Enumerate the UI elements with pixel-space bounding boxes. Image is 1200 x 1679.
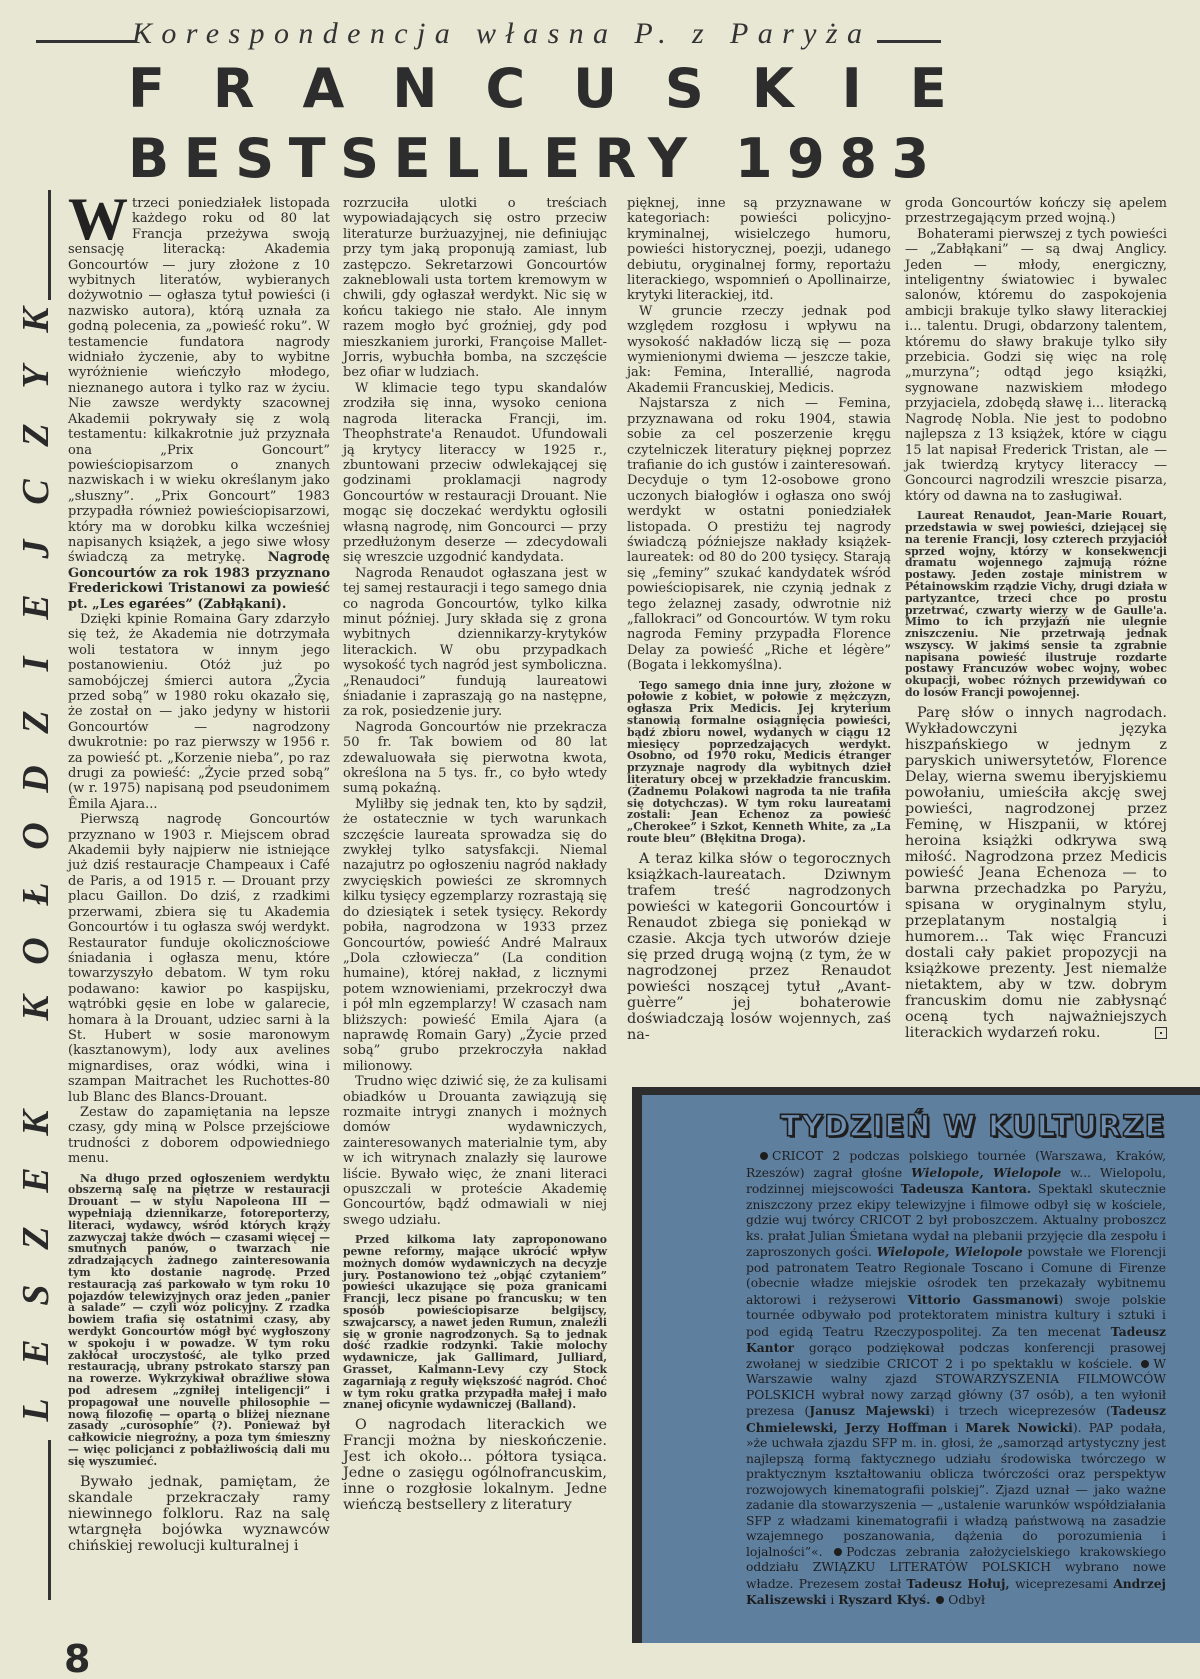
article-paragraph: Bohaterami pierwszej z tych powieści — „…	[905, 227, 1167, 504]
byline-letter: E	[16, 1160, 56, 1200]
drop-cap: W	[68, 196, 128, 242]
article-paragraph: Dzięki kpinie Romaina Gary zdarzyło się …	[68, 612, 330, 812]
article-paragraph: Pierwszą nagrodę Goncourtów przyznano w …	[68, 812, 330, 1105]
title-emphasis: Wielopole, Wielopole	[877, 1244, 1023, 1259]
byline-letter: S	[16, 1275, 56, 1315]
byline-letter: K	[16, 1103, 56, 1143]
byline-letter: C	[16, 472, 56, 512]
title-emphasis: Wielopole, Wielopole	[911, 1165, 1061, 1180]
byline-letter: I	[16, 644, 56, 684]
byline-letter: K	[16, 988, 56, 1028]
page-number: 8	[64, 1640, 90, 1678]
culture-week-title: TYDZIEŃ W KULTURZE	[746, 1109, 1166, 1143]
article-paragraph: Bywało jednak, pamiętam, że skandale prz…	[68, 1474, 330, 1554]
article-paragraph: Nagroda Renaudot ogłaszana jest w tej sa…	[343, 566, 607, 720]
byline-letter: O	[16, 931, 56, 971]
byline-letter: L	[16, 1390, 56, 1430]
byline-letter	[16, 1046, 56, 1086]
byline-letter: Z	[16, 1218, 56, 1258]
article-paragraph: Na długo przed ogłoszeniem werdyktu obsz…	[68, 1173, 330, 1468]
article-paragraph: Nagroda Goncourtów nie przekracza 50 fr.…	[343, 720, 607, 797]
article-column-1: Wtrzeci poniedziałek listopada każdego r…	[68, 196, 330, 1554]
culture-week-body: CRICOT 2 podczas polskiego tournée (Wars…	[746, 1149, 1166, 1609]
article-column-4: groda Goncourtów kończy się apelem przes…	[905, 196, 1167, 1041]
headline-line-2: BESTSELLERY 1983	[128, 132, 1128, 186]
person-name: Tadeusz Kantor	[746, 1324, 1166, 1356]
article-column-2: rozrzuciła ulotki o treściach wypowiadaj…	[343, 196, 607, 1513]
article-paragraph: W klimacie tego typu skandalów zrodziła …	[343, 381, 607, 566]
article-paragraph: Przed kilkoma laty zaproponowano pewne r…	[343, 1234, 607, 1411]
article-paragraph: Myliłby się jednak ten, kto by sądził, ż…	[343, 797, 607, 1074]
byline-letter: K	[16, 300, 56, 340]
byline-letter: Ł	[16, 874, 56, 914]
magazine-page: Korespondencja własna P. z Paryża FRANCU…	[0, 0, 1200, 1679]
byline-letter: O	[16, 816, 56, 856]
article-column-3: pięknej, inne są przyznawane w kategoria…	[627, 196, 891, 1043]
article-paragraph: Wtrzeci poniedziałek listopada każdego r…	[68, 196, 330, 612]
person-name: Ryszard Kłyś.	[838, 1592, 930, 1607]
byline-letter: J	[16, 529, 56, 569]
headline-line-1: FRANCUSKIE	[128, 62, 1128, 126]
culture-week-paragraph: CRICOT 2 podczas polskiego tournée (Wars…	[746, 1149, 1166, 1609]
culture-week-content: TYDZIEŃ W KULTURZE CRICOT 2 podczas pols…	[746, 1109, 1166, 1609]
byline-letter: Z	[16, 415, 56, 455]
byline-letter: Y	[16, 357, 56, 397]
person-name: Vittorio Gassmanowi	[908, 1292, 1059, 1307]
headline: FRANCUSKIE BESTSELLERY 1983	[128, 62, 1128, 186]
article-paragraph: Zestaw do zapamiętania na lepsze czasy, …	[68, 1105, 330, 1167]
article-paragraph: Parę słów o innych nagrodach. Wykładowcz…	[905, 705, 1167, 1041]
person-name: Janusz Majewski	[809, 1403, 930, 1418]
byline-letter: Z	[16, 702, 56, 742]
kicker: Korespondencja własna P. z Paryża	[36, 14, 1156, 54]
person-name: Marek Nowicki	[965, 1420, 1072, 1435]
byline-rule-top	[48, 190, 51, 300]
article-paragraph: groda Goncourtów kończy się apelem przes…	[905, 196, 1167, 227]
byline-letter: E	[16, 1332, 56, 1372]
article-paragraph: pięknej, inne są przyznawane w kategoria…	[627, 196, 891, 304]
article-paragraph: W gruncie rzeczy jednak pod względem roz…	[627, 304, 891, 396]
article-paragraph: Tego samego dnia inne jury, złożone w po…	[627, 680, 891, 845]
kicker-text: Korespondencja własna P. z Paryża	[132, 17, 871, 51]
kicker-rule-left	[36, 40, 126, 43]
vertical-author-byline: LESZEK KOŁODZIEJCZYK	[16, 300, 56, 1430]
article-paragraph: rozrzuciła ulotki o treściach wypowiadaj…	[343, 196, 607, 381]
bullet-icon	[936, 1596, 944, 1604]
bullet-icon	[1141, 1360, 1149, 1368]
article-paragraph: Laureat Renaudot, Jean-Marie Rouart, prz…	[905, 510, 1167, 699]
article-paragraph: Najstarsza z nich — Femina, przyznawana …	[627, 396, 891, 673]
byline-letter: D	[16, 759, 56, 799]
article-paragraph: A teraz kilka słów o tegorocznych książk…	[627, 851, 891, 1043]
article-paragraph: O nagrodach literackich we Francji można…	[343, 1417, 607, 1513]
end-of-article-icon	[1155, 1027, 1167, 1039]
byline-letter: E	[16, 587, 56, 627]
byline-rule-bottom	[48, 1440, 51, 1600]
article-paragraph: Trudno więc dziwić się, że za kulisami o…	[343, 1074, 607, 1228]
bullet-icon	[834, 1548, 842, 1556]
person-name: Tadeusza Kantora.	[901, 1181, 1032, 1196]
bullet-icon	[760, 1152, 768, 1160]
person-name: Tadeusz Hołuj,	[907, 1576, 1010, 1591]
kicker-rule-right	[877, 40, 941, 43]
culture-week-box: TYDZIEŃ W KULTURZE CRICOT 2 podczas pols…	[632, 1087, 1200, 1643]
bold-announcement: Nagrodę Goncourtów za rok 1983 przyznano…	[68, 550, 330, 611]
